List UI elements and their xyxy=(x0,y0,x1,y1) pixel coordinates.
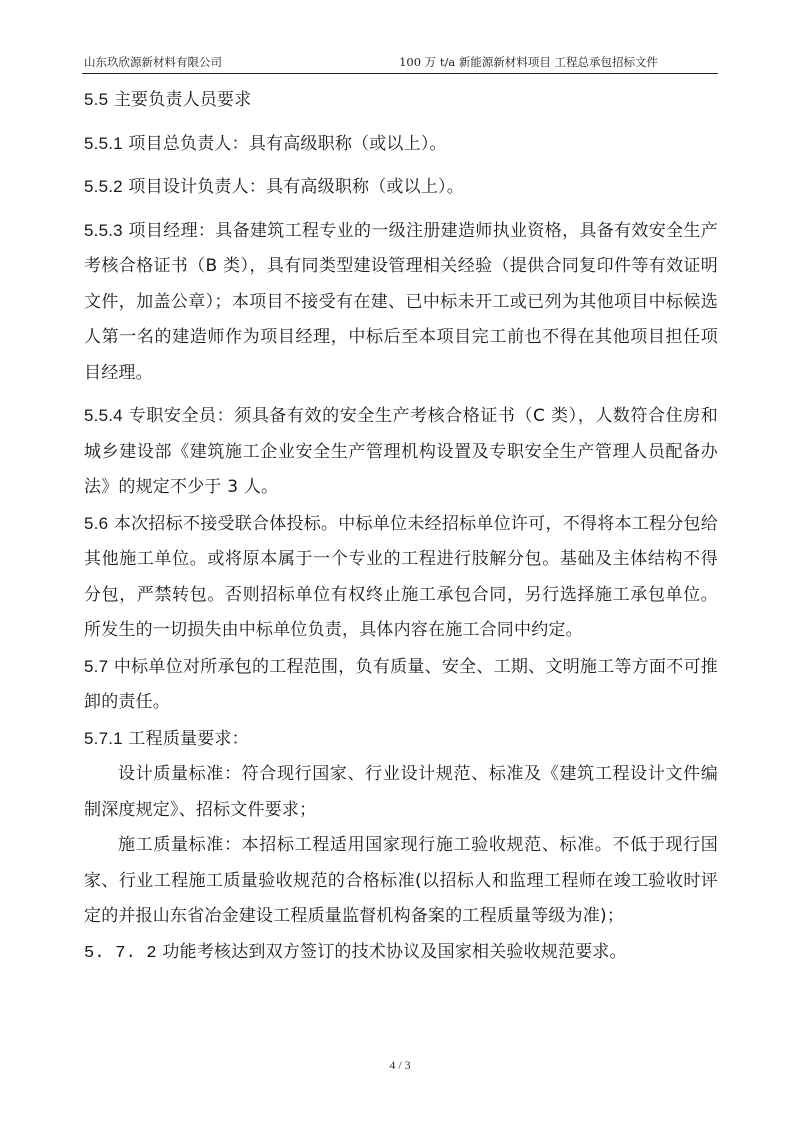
document-body: 5.5 主要负责人员要求 5.5.1 项目总负责人：具有高级职称（或以上）。 5… xyxy=(84,82,718,971)
section-number: 5.5 xyxy=(84,90,108,109)
section-text: 主要负责人员要求 xyxy=(108,90,251,110)
section-5-7-2: 5. 7. 2 功能考核达到双方签订的技术协议及国家相关验收规范要求。 xyxy=(84,935,718,972)
section-heading-5-5: 5.5 主要负责人员要求 xyxy=(84,82,718,119)
page-number: 4 / 3 xyxy=(0,1058,800,1073)
section-5-7: 5.7 中标单位对所承包的工程范围，负有质量、安全、工期、文明施工等方面不可推卸… xyxy=(84,649,718,721)
section-number: 5.6 xyxy=(84,514,108,533)
section-number: 5.7 xyxy=(84,657,108,676)
page-header: 山东玖欣源新材料有限公司 100 万 t/a 新能源新材料项目 工程总承包招标文… xyxy=(82,53,718,74)
section-5-6: 5.6 本次招标不接受联合体投标。中标单位未经招标单位许可，不得将本工程分包给其… xyxy=(84,506,718,649)
design-quality-standard: 设计质量标准：符合现行国家、行业设计规范、标准及《建筑工程设计文件编制深度规定》… xyxy=(84,757,718,828)
header-company-name: 山东玖欣源新材料有限公司 xyxy=(84,54,222,70)
section-5-5-2: 5.5.2 项目设计负责人：具有高级职称（或以上）。 xyxy=(84,169,718,206)
header-document-title: 100 万 t/a 新能源新材料项目 工程总承包招标文件 xyxy=(399,54,658,70)
section-number: 5.5.2 xyxy=(84,177,123,196)
section-5-5-3: 5.5.3 项目经理：具备建筑工程专业的一级注册建造师执业资格，具备有效安全生产… xyxy=(84,213,718,392)
construction-quality-standard: 施工质量标准：本招标工程适用国家现行施工验收规范、标准。不低于现行国家、行业工程… xyxy=(84,828,718,935)
section-5-5-1: 5.5.1 项目总负责人：具有高级职称（或以上）。 xyxy=(84,126,718,163)
section-number: 5.7.1 xyxy=(84,729,123,748)
section-text: 项目总负责人：具有高级职称（或以上）。 xyxy=(123,134,447,154)
section-5-7-1: 5.7.1 工程质量要求： xyxy=(84,721,718,758)
section-number: 5.5.3 xyxy=(84,221,123,240)
section-text: 中标单位对所承包的工程范围，负有质量、安全、工期、文明施工等方面不可推卸的责任。 xyxy=(84,657,718,713)
section-text: 工程质量要求： xyxy=(123,729,249,749)
section-number: 5.5.4 xyxy=(84,406,123,425)
section-number: 5.5.1 xyxy=(84,134,123,153)
section-5-5-4: 5.5.4 专职安全员：须具备有效的安全生产考核合格证书（C 类），人数符合住房… xyxy=(84,398,718,506)
section-text: 设计质量标准：符合现行国家、行业设计规范、标准及《建筑工程设计文件编制深度规定》… xyxy=(84,764,718,820)
section-text: 本次招标不接受联合体投标。中标单位未经招标单位许可，不得将本工程分包给其他施工单… xyxy=(84,514,718,641)
section-text: 专职安全员：须具备有效的安全生产考核合格证书（C 类），人数符合住房和城乡建设部… xyxy=(84,406,718,497)
section-text: 施工质量标准：本招标工程适用国家现行施工验收规范、标准。不低于现行国家、行业工程… xyxy=(84,835,718,926)
section-text: 功能考核达到双方签订的技术协议及国家相关验收规范要求。 xyxy=(157,942,627,962)
section-text: 项目经理：具备建筑工程专业的一级注册建造师执业资格，具备有效安全生产考核合格证书… xyxy=(84,221,718,383)
section-number: 5. 7. 2 xyxy=(84,944,157,963)
section-text: 项目设计负责人：具有高级职称（或以上）。 xyxy=(123,177,464,197)
